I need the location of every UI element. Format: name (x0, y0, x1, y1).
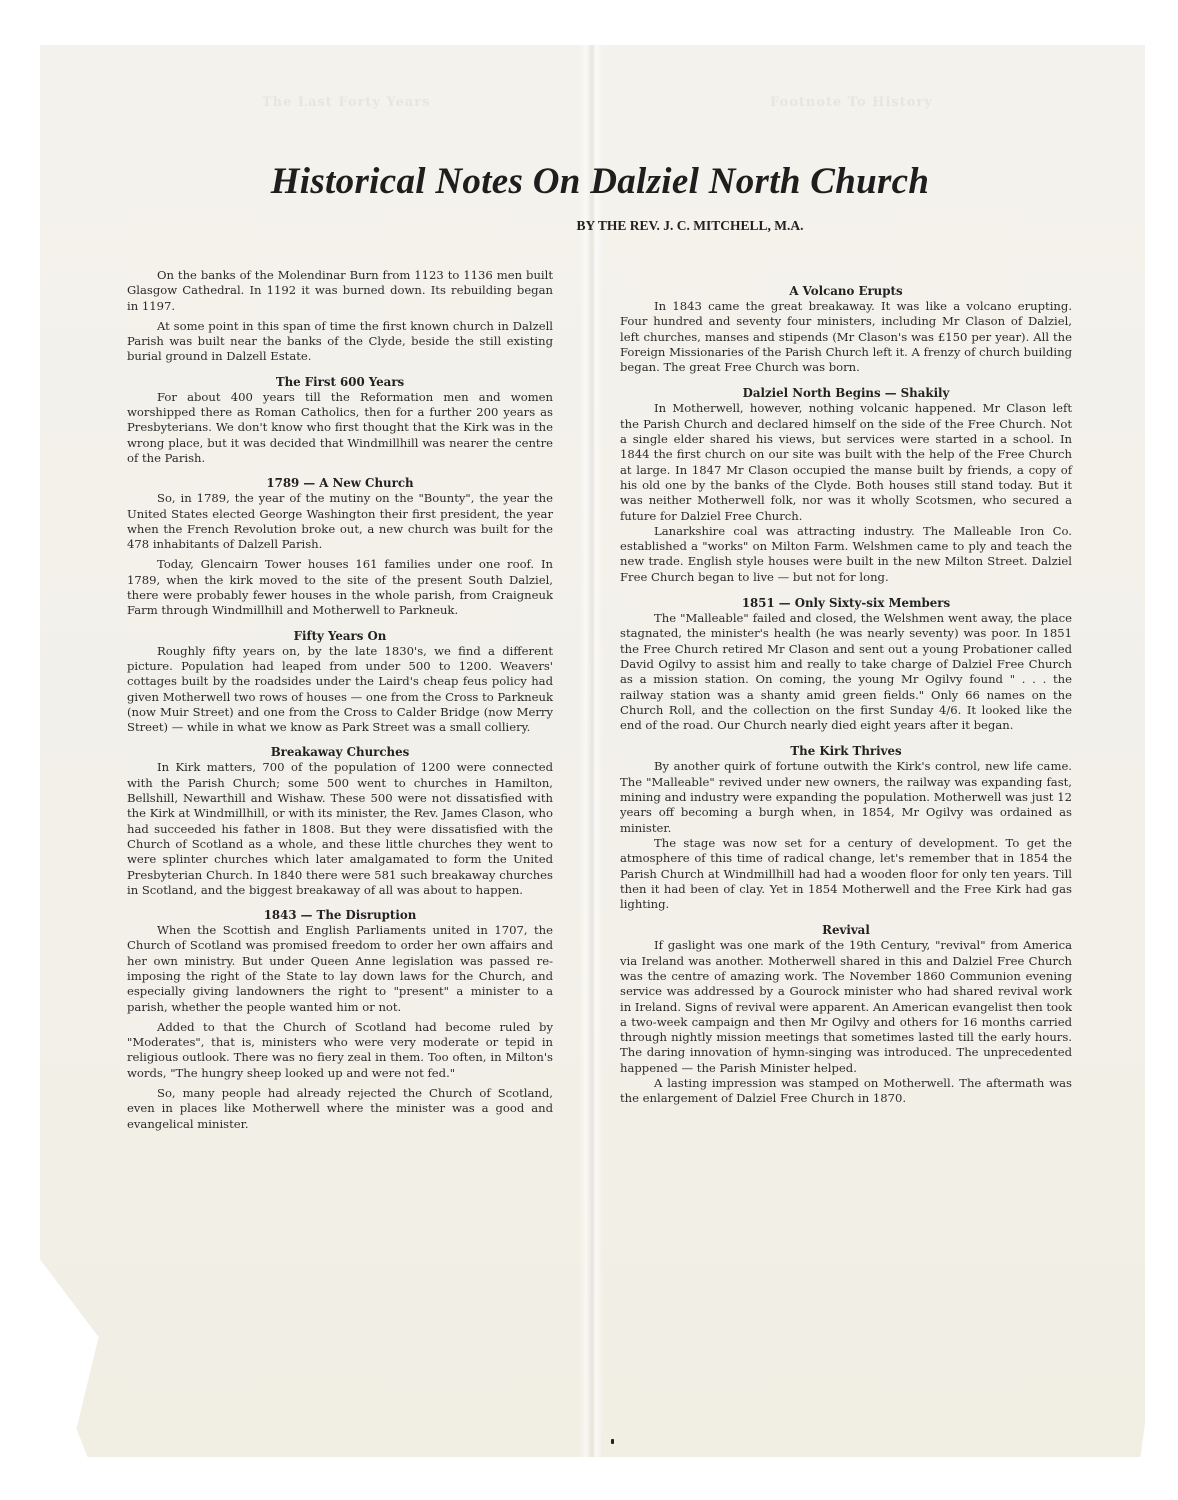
show-through-heading-right: Footnote To History (770, 95, 933, 110)
right-column: A Volcano EruptsIn 1843 came the great b… (620, 283, 1072, 1117)
document-title: Historical Notes On Dalziel North Church (240, 160, 960, 203)
paragraph: The stage was now set for a century of d… (620, 836, 1072, 912)
article-section: The Kirk ThrivesBy another quirk of fort… (620, 743, 1072, 912)
section-heading: Breakaway Churches (127, 744, 553, 760)
byline: BY THE REV. J. C. MITCHELL, M.A. (400, 218, 980, 234)
paragraph: Added to that the Church of Scotland had… (127, 1020, 553, 1081)
paragraph: In 1843 came the great breakaway. It was… (620, 299, 1072, 375)
paragraph: Roughly fifty years on, by the late 1830… (127, 644, 553, 736)
left-column: On the banks of the Molendinar Burn from… (127, 268, 553, 1141)
center-fold (579, 45, 603, 1457)
article-section: 1843 — The DisruptionWhen the Scottish a… (127, 907, 553, 1132)
section-heading: Fifty Years On (127, 628, 553, 644)
paragraph: A lasting impression was stamped on Moth… (620, 1076, 1072, 1107)
article-section: A Volcano EruptsIn 1843 came the great b… (620, 283, 1072, 375)
article-section: Fifty Years OnRoughly fifty years on, by… (127, 628, 553, 736)
paragraph: For about 400 years till the Reformation… (127, 390, 553, 466)
paragraph: So, many people had already rejected the… (127, 1086, 553, 1132)
section-heading: The First 600 Years (127, 374, 553, 390)
paragraph: By another quirk of fortune outwith the … (620, 759, 1072, 835)
article-section: 1851 — Only Sixty-six MembersThe "Mallea… (620, 595, 1072, 733)
section-heading: Dalziel North Begins — Shakily (620, 385, 1072, 401)
section-heading: 1789 — A New Church (127, 475, 553, 491)
article-section: 1789 — A New ChurchSo, in 1789, the year… (127, 475, 553, 618)
paragraph: The "Malleable" failed and closed, the W… (620, 611, 1072, 733)
article-section: RevivalIf gaslight was one mark of the 1… (620, 922, 1072, 1106)
section-heading: Revival (620, 922, 1072, 938)
paragraph: Today, Glencairn Tower houses 161 famili… (127, 557, 553, 618)
section-heading: The Kirk Thrives (620, 743, 1072, 759)
paragraph: At some point in this span of time the f… (127, 319, 553, 365)
section-heading: 1843 — The Disruption (127, 907, 553, 923)
paragraph: In Kirk matters, 700 of the population o… (127, 760, 553, 898)
paragraph: Lanarkshire coal was attracting industry… (620, 524, 1072, 585)
article-section: Dalziel North Begins — ShakilyIn Motherw… (620, 385, 1072, 585)
paragraph: In Motherwell, however, nothing volcanic… (620, 401, 1072, 523)
paragraph: On the banks of the Molendinar Burn from… (127, 268, 553, 314)
section-heading: 1851 — Only Sixty-six Members (620, 595, 1072, 611)
ink-speck (611, 1439, 614, 1444)
article-section: Breakaway ChurchesIn Kirk matters, 700 o… (127, 744, 553, 898)
article-section: On the banks of the Molendinar Burn from… (127, 268, 553, 365)
paragraph: If gaslight was one mark of the 19th Cen… (620, 938, 1072, 1076)
article-section: The First 600 YearsFor about 400 years t… (127, 374, 553, 466)
paragraph: So, in 1789, the year of the mutiny on t… (127, 491, 553, 552)
paragraph: When the Scottish and English Parliament… (127, 923, 553, 1015)
section-heading: A Volcano Erupts (620, 283, 1072, 299)
show-through-heading-left: The Last Forty Years (262, 95, 430, 110)
